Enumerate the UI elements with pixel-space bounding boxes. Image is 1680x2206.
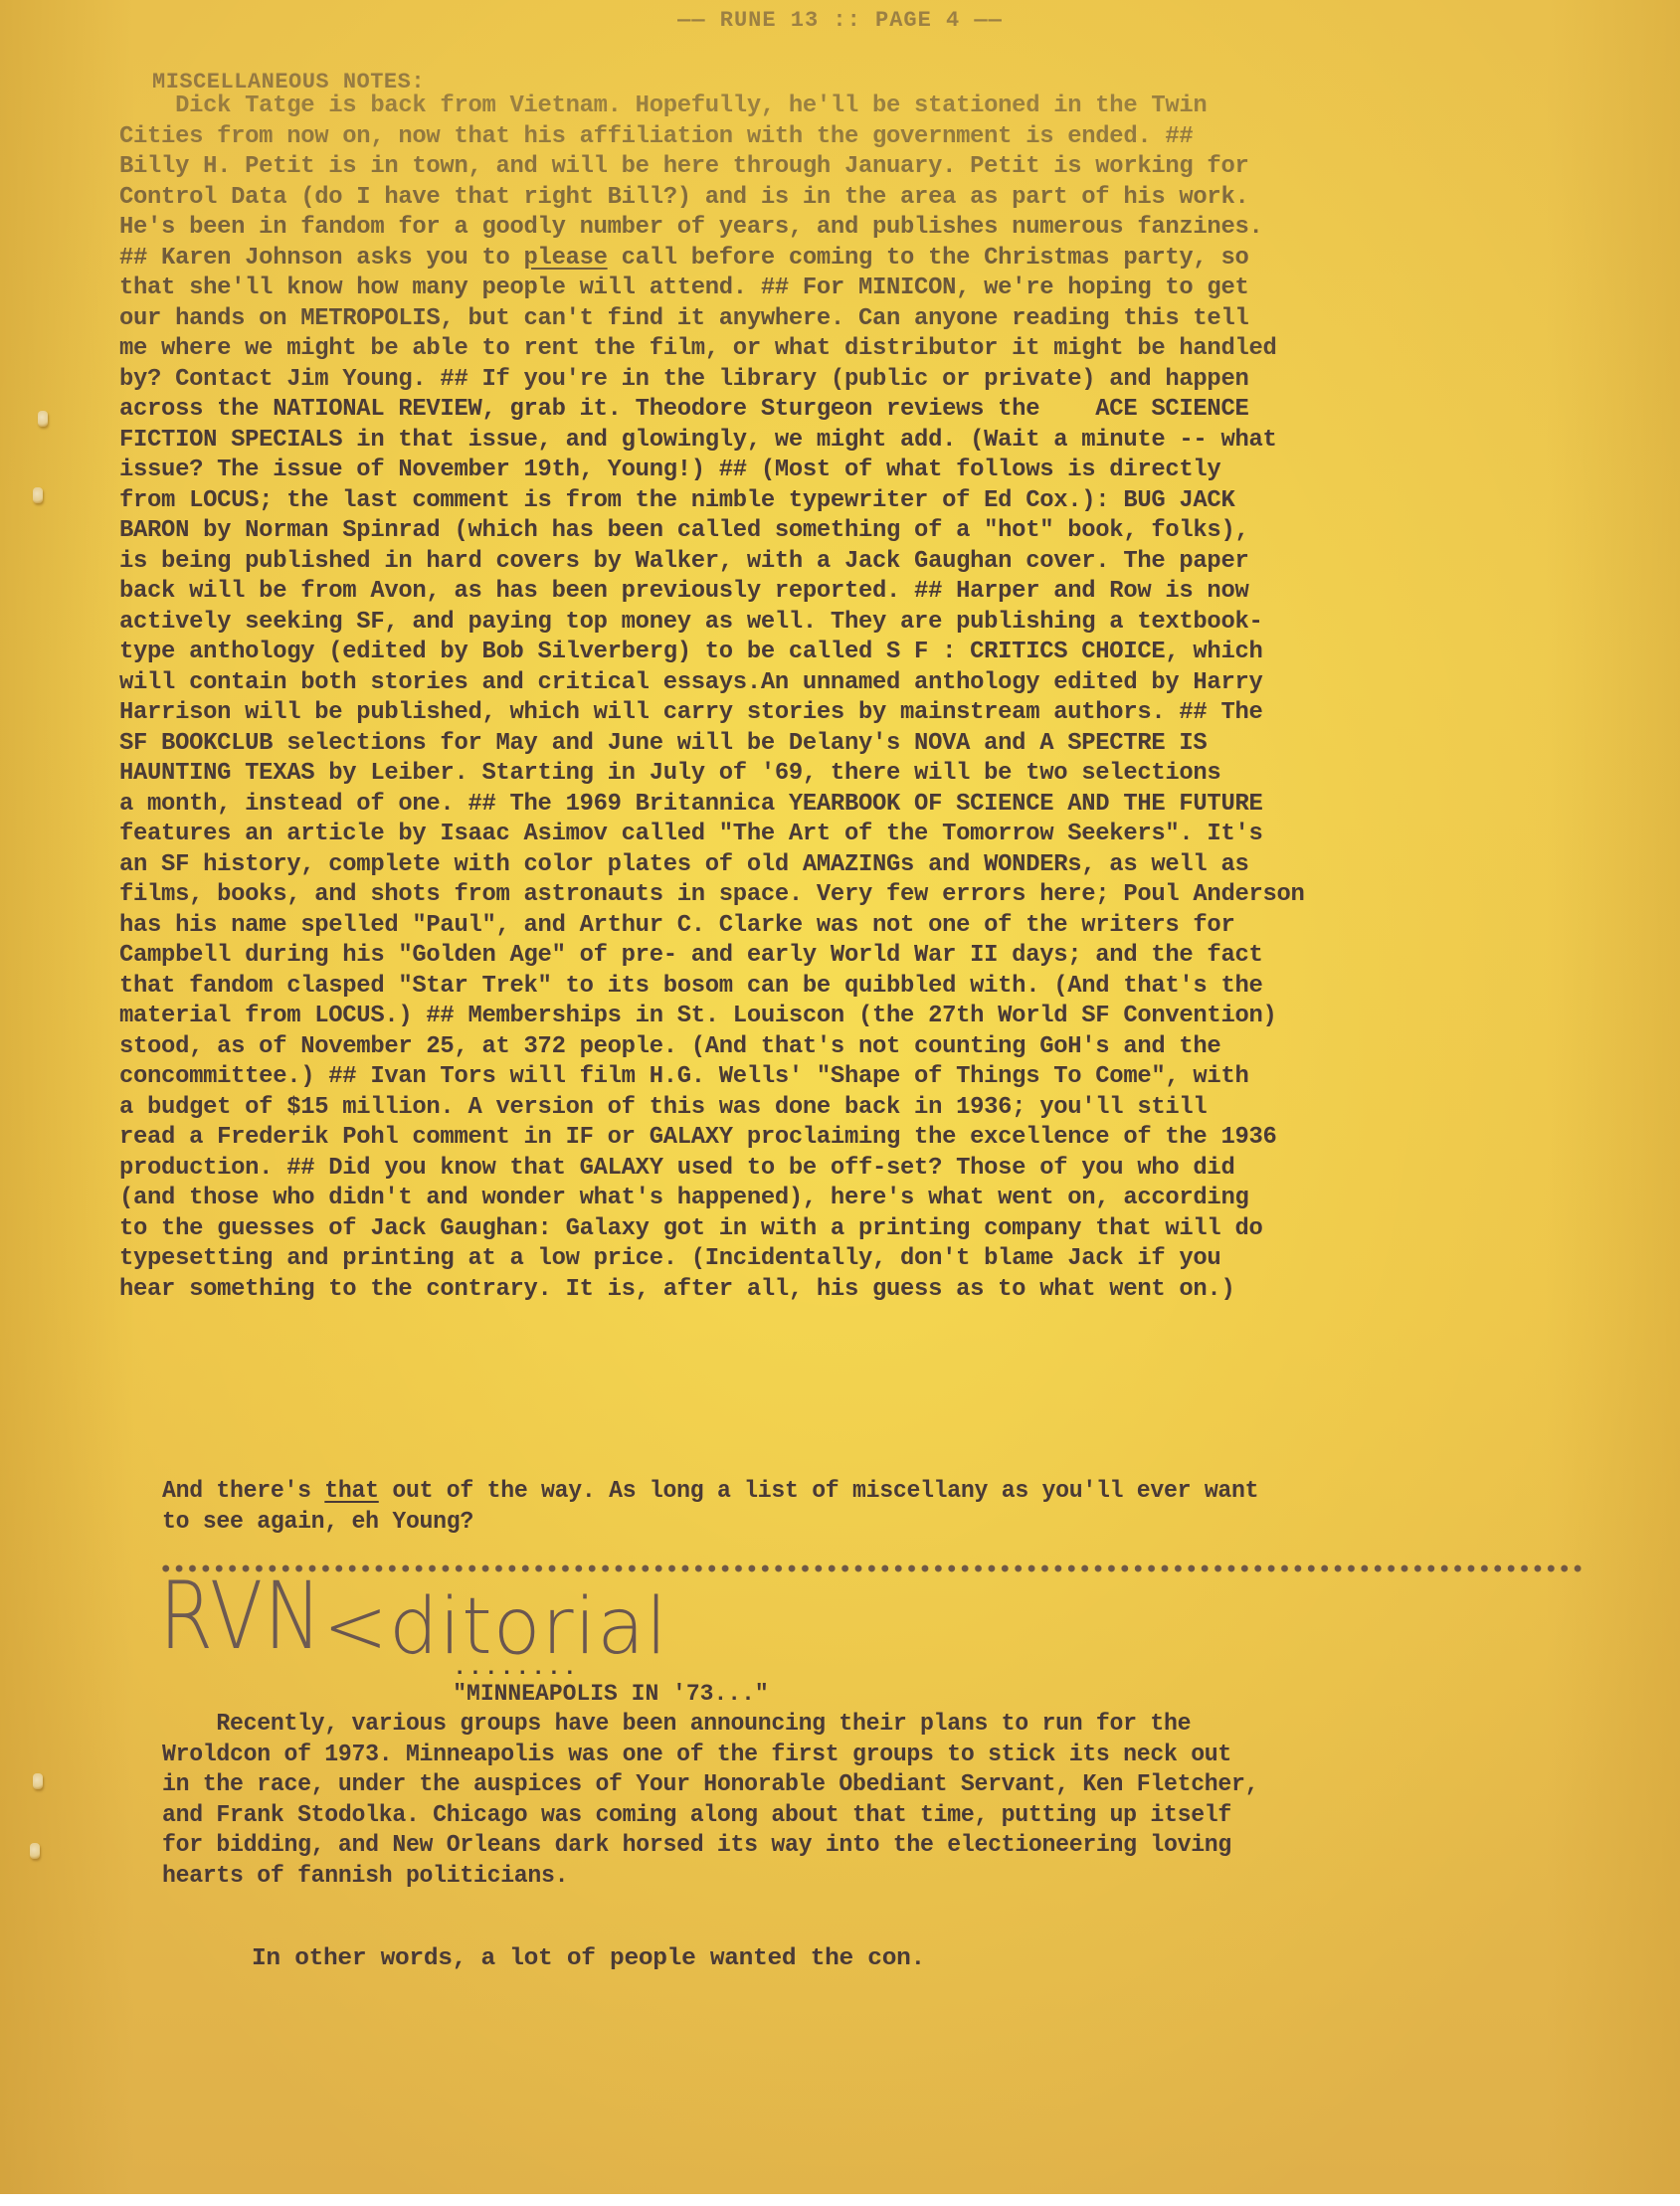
text-line: Wroldcon of 1973. Minneapolis was one of… xyxy=(162,1741,1525,1771)
text-line: a budget of $15 million. A version of th… xyxy=(119,1093,1572,1124)
staple-hole-mark xyxy=(33,487,43,503)
text-line: Cities from now on, now that his affilia… xyxy=(119,122,1572,153)
text-line: concommittee.) ## Ivan Tors will film H.… xyxy=(119,1062,1572,1093)
text-line: And there's that out of the way. As long… xyxy=(162,1477,1525,1508)
text-line: read a Frederik Pohl comment in IF or GA… xyxy=(119,1123,1572,1154)
text-line: Campbell during his "Golden Age" of pre-… xyxy=(119,941,1572,972)
logo-rvn-lettering: RVN xyxy=(159,1558,323,1677)
text-line: by? Contact Jim Young. ## If you're in t… xyxy=(119,365,1572,396)
text-line: me where we might be able to rent the fi… xyxy=(119,334,1572,365)
logo-arrow-e: < xyxy=(323,1582,389,1672)
text-line: BARON by Norman Spinrad (which has been … xyxy=(119,516,1572,547)
dot-leader: ........ xyxy=(453,1655,578,1681)
text-line: Recently, various groups have been annou… xyxy=(162,1710,1525,1741)
text-line: to the guesses of Jack Gaughan: Galaxy g… xyxy=(119,1214,1572,1245)
text-line: has his name spelled "Paul", and Arthur … xyxy=(119,911,1572,942)
text-line: type anthology (edited by Bob Silverberg… xyxy=(119,638,1572,668)
text-line: an SF history, complete with color plate… xyxy=(119,850,1572,881)
text-line: ## Karen Johnson asks you to please call… xyxy=(119,244,1572,275)
text-line: a month, instead of one. ## The 1969 Bri… xyxy=(119,790,1572,821)
text-line: stood, as of November 25, at 372 people.… xyxy=(119,1032,1572,1063)
text-line: production. ## Did you know that GALAXY … xyxy=(119,1154,1572,1185)
dotted-divider xyxy=(159,1564,1587,1572)
editorial-body: Recently, various groups have been annou… xyxy=(162,1710,1604,1892)
misc-notes-body: Dick Tatge is back from Vietnam. Hopeful… xyxy=(119,92,1611,1305)
text-line: FICTION SPECIALS in that issue, and glow… xyxy=(119,426,1572,457)
text-line: in the race, under the auspices of Your … xyxy=(162,1770,1525,1801)
text-line: actively seeking SF, and paying top mone… xyxy=(119,608,1572,639)
text-line: our hands on METROPOLIS, but can't find … xyxy=(119,304,1572,335)
text-line: HAUNTING TEXAS by Leiber. Starting in Ju… xyxy=(119,759,1572,790)
text-line: to see again, eh Young? xyxy=(162,1508,1525,1539)
paper-page: —— RUNE 13 :: PAGE 4 —— MISCELLANEOUS NO… xyxy=(0,0,1680,2194)
staple-hole-mark xyxy=(30,1843,40,1859)
page-header: —— RUNE 13 :: PAGE 4 —— xyxy=(0,8,1680,33)
text-line: Dick Tatge is back from Vietnam. Hopeful… xyxy=(119,92,1572,122)
text-line: features an article by Isaac Asimov call… xyxy=(119,820,1572,850)
text-line: Control Data (do I have that right Bill?… xyxy=(119,183,1572,214)
text-line: issue? The issue of November 19th, Young… xyxy=(119,456,1572,486)
editorial-subtitle-text: "MINNEAPOLIS IN '73..." xyxy=(453,1681,768,1707)
text-line: is being published in hard covers by Wal… xyxy=(119,547,1572,578)
staple-hole-mark xyxy=(33,1773,43,1789)
text-line: across the NATIONAL REVIEW, grab it. The… xyxy=(119,395,1572,426)
text-line: that fandom clasped "Star Trek" to its b… xyxy=(119,972,1572,1003)
text-line: SF BOOKCLUB selections for May and June … xyxy=(119,729,1572,760)
text-line: that she'll know how many people will at… xyxy=(119,274,1572,304)
text-line: for bidding, and New Orleans dark horsed… xyxy=(162,1831,1525,1862)
text-line: from LOCUS; the last comment is from the… xyxy=(119,486,1572,517)
text-line: Billy H. Petit is in town, and will be h… xyxy=(119,152,1572,183)
text-line: Harrison will be published, which will c… xyxy=(119,698,1572,729)
editorial-closing-line: In other words, a lot of people wanted t… xyxy=(252,1944,925,1975)
text-line: (and those who didn't and wonder what's … xyxy=(119,1184,1572,1214)
text-line: hear something to the contrary. It is, a… xyxy=(119,1275,1572,1306)
text-line: hearts of fannish politicians. xyxy=(162,1862,1525,1893)
text-line: will contain both stories and critical e… xyxy=(119,668,1572,699)
text-line: films, books, and shots from astronauts … xyxy=(119,880,1572,911)
staple-hole-mark xyxy=(38,411,48,427)
misc-notes-outro: And there's that out of the way. As long… xyxy=(162,1477,1604,1538)
text-line: back will be from Avon, as has been prev… xyxy=(119,577,1572,608)
text-line: material from LOCUS.) ## Memberships in … xyxy=(119,1002,1572,1032)
text-line: typesetting and printing at a low price.… xyxy=(119,1244,1572,1275)
text-line: and Frank Stodolka. Chicago was coming a… xyxy=(162,1801,1525,1832)
text-line: He's been in fandom for a goodly number … xyxy=(119,213,1572,244)
